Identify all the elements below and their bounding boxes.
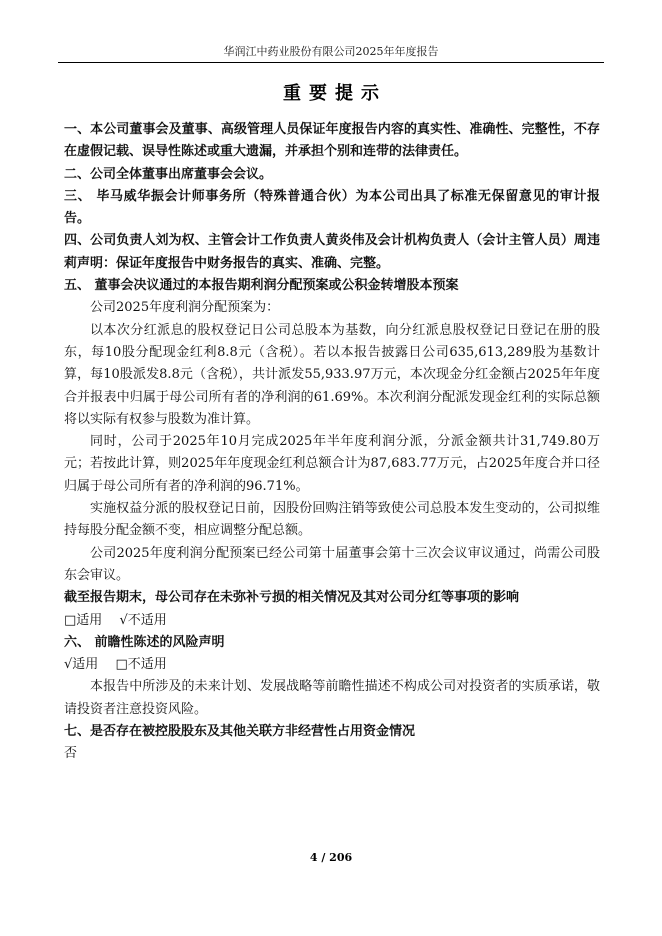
section-7-answer: 否 — [64, 743, 600, 765]
checkbox-applicable-unchecked: □适用 — [64, 613, 102, 628]
section-5-paragraph-4: 实施权益分派的股权登记日前，因股份回购注销等致使公司总股本发生变动的，公司拟维持… — [64, 498, 600, 543]
section-7-heading: 七、是否存在被控股股东及其他关联方非经营性占用资金情况 — [64, 721, 600, 743]
section-1-statement: 一、本公司董事会及董事、高级管理人员保证年度报告内容的真实性、准确性、完整性，不… — [64, 119, 600, 164]
page-title: 重要提示 — [0, 81, 662, 106]
section-6-applicability-row: √适用 □不适用 — [64, 654, 600, 676]
section-5-paragraph-5: 公司2025年度利润分配预案已经公司第十届董事会第十三次会议审议通过，尚需公司股… — [64, 543, 600, 588]
section-5-paragraph-3: 同时，公司于2025年10月完成2025年半年度利润分派，分派金额共计31,74… — [64, 431, 600, 498]
report-header-title: 华润江中药业股份有限公司2025年年度报告 — [0, 45, 662, 58]
report-header: 华润江中药业股份有限公司2025年年度报告 — [0, 0, 662, 58]
header-divider — [58, 62, 604, 63]
section-6-heading: 六、 前瞻性陈述的风险声明 — [64, 632, 600, 654]
section-2-statement: 二、公司全体董事出席董事会会议。 — [64, 164, 600, 186]
section-6-paragraph: 本报告中所涉及的未来计划、发展战略等前瞻性描述不构成公司对投资者的实质承诺，敬请… — [64, 676, 600, 721]
section-5-paragraph-1: 公司2025年度利润分配预案为： — [64, 297, 600, 319]
page-number: 4 / 206 — [0, 851, 662, 864]
section-4-statement: 四、公司负责人刘为权、主管会计工作负责人黄炎伟及会计机构负责人（会计主管人员）周… — [64, 230, 600, 275]
section-5-subheading: 截至报告期末，母公司存在未弥补亏损的相关情况及其对公司分红等事项的影响 — [64, 587, 600, 609]
section-5-applicability-row: □适用 √不适用 — [64, 610, 600, 632]
report-body: 一、本公司董事会及董事、高级管理人员保证年度报告内容的真实性、准确性、完整性，不… — [0, 106, 662, 766]
section-5-heading: 五、 董事会决议通过的本报告期利润分配预案或公积金转增股本预案 — [64, 275, 600, 297]
checkbox-not-applicable-unchecked: □不适用 — [115, 657, 166, 672]
checkbox-applicable-checked: √适用 — [64, 657, 98, 672]
checkbox-not-applicable-checked: √不适用 — [119, 613, 166, 628]
section-3-statement: 三、 毕马威华振会计师事务所（特殊普通合伙）为本公司出具了标准无保留意见的审计报… — [64, 186, 600, 231]
report-page: 华润江中药业股份有限公司2025年年度报告 重要提示 一、本公司董事会及董事、高… — [0, 0, 662, 936]
section-5-paragraph-2: 以本次分红派息的股权登记日公司总股本为基数，向分红派息股权登记日登记在册的股东，… — [64, 320, 600, 431]
